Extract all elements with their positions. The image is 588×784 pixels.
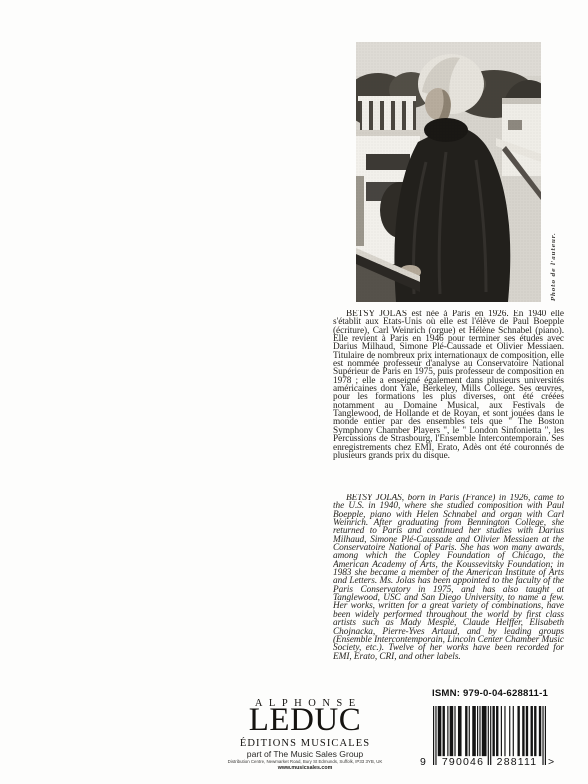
publisher-group-line: part of The Music Sales Group: [215, 749, 395, 759]
ismn-label: ISMN: 979-0-04-628811-1: [410, 688, 570, 699]
barcode-digit-lead: 9: [420, 756, 426, 768]
barcode-digits-left: 790046: [438, 756, 488, 768]
photo-credit-caption: Photo de l'auteur.: [551, 233, 557, 301]
barcode-digits-right: 288111: [492, 756, 542, 768]
author-photo: [356, 42, 541, 302]
biography-english: BETSY JOLAS, born in Paris (France) in 1…: [333, 494, 564, 680]
publisher-address: Distribution Centre, Newmarket Road, Bur…: [197, 759, 413, 764]
publisher-subtitle: ÉDITIONS MUSICALES: [215, 738, 395, 749]
publisher-logo: ALPHONSE LEDUC ÉDITIONS MUSICALES part o…: [215, 696, 395, 774]
publisher-website: www.musicsales.com: [215, 765, 395, 771]
back-cover-page: Photo de l'auteur. BETSY JOLAS est née à…: [0, 0, 588, 784]
author-photo-image: [356, 42, 541, 302]
biography-french: BETSY JOLAS est née à Paris en 1926. En …: [333, 310, 564, 488]
barcode-chevron: >: [548, 756, 554, 768]
publisher-name-main: LEDUC: [215, 704, 395, 737]
